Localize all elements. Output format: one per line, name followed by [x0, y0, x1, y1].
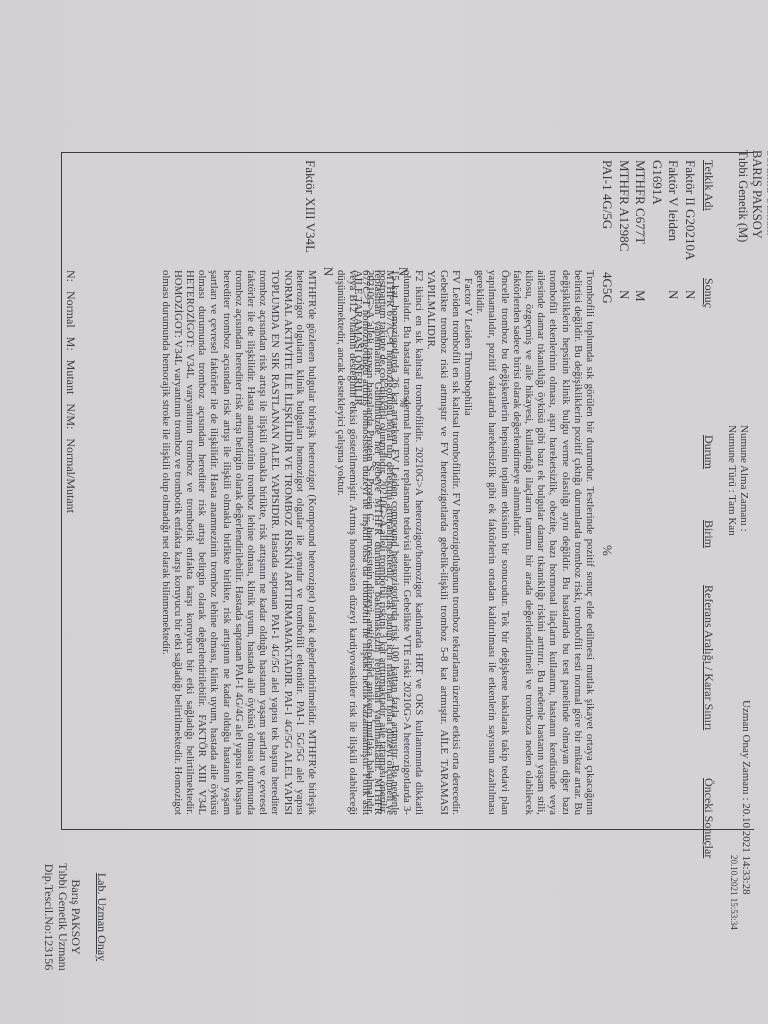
test-name: MTHFR A1298C [616, 160, 633, 251]
approval-info: Uzman Onay Zamanı : 20.10.2021 14:33:28 … [728, 700, 752, 930]
faktor-xiii-row: Faktör XIII V34L [302, 160, 318, 253]
approval-time-value: : 20.10.2021 14:33:28 [740, 797, 752, 894]
doctor-dept: Tıbbi Genetik (M) [736, 150, 750, 242]
test-result: M [632, 290, 649, 302]
test-name: Faktör II G20210A [682, 160, 699, 260]
col-test: Tetkik Adı [701, 160, 716, 211]
doctor-name: BARIŞ PAKSOY [750, 150, 764, 242]
approval-time-value-2: 20.10.2021 15:53:34 [728, 700, 740, 930]
mthfr-interpretation: N % MTHFR 677C>T homozigotluğu nöral tüp… [335, 270, 396, 815]
mthfr-unit: % [397, 398, 409, 407]
rotated-document: Sorumlu Uzman: BARIŞ PAKSOY Tıbbi Geneti… [0, 0, 768, 1024]
test-result: N [665, 290, 682, 299]
report-sheet: Sorumlu Uzman: BARIŞ PAKSOY Tıbbi Geneti… [0, 0, 768, 1024]
faktor-xiii-result: N [322, 267, 334, 276]
pai-text: Trombofili toplumda sık görülen bir duru… [511, 270, 596, 815]
pai-text-2: Öncelle tromboz bu değişkenlerin hepsini… [474, 270, 511, 815]
test-result: N [682, 290, 699, 299]
sample-type-value: : Tam Kan [726, 490, 738, 536]
test-name: MTHFR C677T [632, 160, 649, 244]
col-result: Sonuç [701, 278, 716, 308]
test-name: PAI-1 4G/5G [599, 160, 616, 229]
fvl-title: Factor V Leiden Thrombophilia [462, 270, 474, 815]
approval-time-label: Uzman Onay Zamanı [740, 700, 752, 795]
test-name: Faktör XIII V34L [303, 160, 318, 253]
sample-time-value: : [738, 529, 750, 532]
combined-text: MTHFR'de gözlenen bulgular birleşik hete… [159, 270, 318, 815]
col-reference: Referans Aralığı / Karar Sınırı [701, 585, 716, 730]
legend-footnote: N: Normal M: Mutant N/M: Normal/Mutant [63, 270, 78, 513]
test-result: 4G5G [599, 272, 616, 304]
mthfr-text: MTHFR 677C>T homozigotluğu nöral tüp def… [335, 270, 396, 815]
signature-title: Lab. Uzman Onay [95, 842, 109, 992]
doctor-header: Sorumlu Uzman: BARIŞ PAKSOY Tıbbi Geneti… [736, 150, 768, 242]
fvl-text: FV Leiden trombofili en sık kalıtsal tro… [425, 270, 462, 815]
col-status: Durum [701, 435, 716, 469]
sample-info: Numune Alma Zamanı : Numune Türü : Tam K… [726, 425, 750, 536]
sample-type-label: Numune Türü [726, 425, 738, 487]
mthfr-a1298c-result: N [397, 267, 409, 276]
combined-interpretation: N MTHFR'de gözlenen bulgular birleşik he… [159, 270, 318, 815]
col-previous: Önceki Sonuçlar [701, 778, 716, 858]
signature-name: Barış PAKSOY [69, 842, 83, 992]
test-unit: % [599, 545, 616, 556]
signature-block: Lab. Uzman Onay Barış PAKSOY Tıbbi Genet… [42, 842, 108, 992]
test-result: N [616, 290, 633, 299]
signature-reg: Dip.Tescil.No:123156 [42, 842, 56, 992]
clipped-label: Sorumlu Uzman: [764, 150, 768, 242]
signature-role: Tıbbi Genetik Uzmanı [56, 842, 70, 992]
col-unit: Birim [701, 520, 716, 548]
test-name: Faktör V leiden G1691A [649, 160, 682, 265]
sample-time-label: Numune Alma Zamanı [738, 425, 750, 526]
